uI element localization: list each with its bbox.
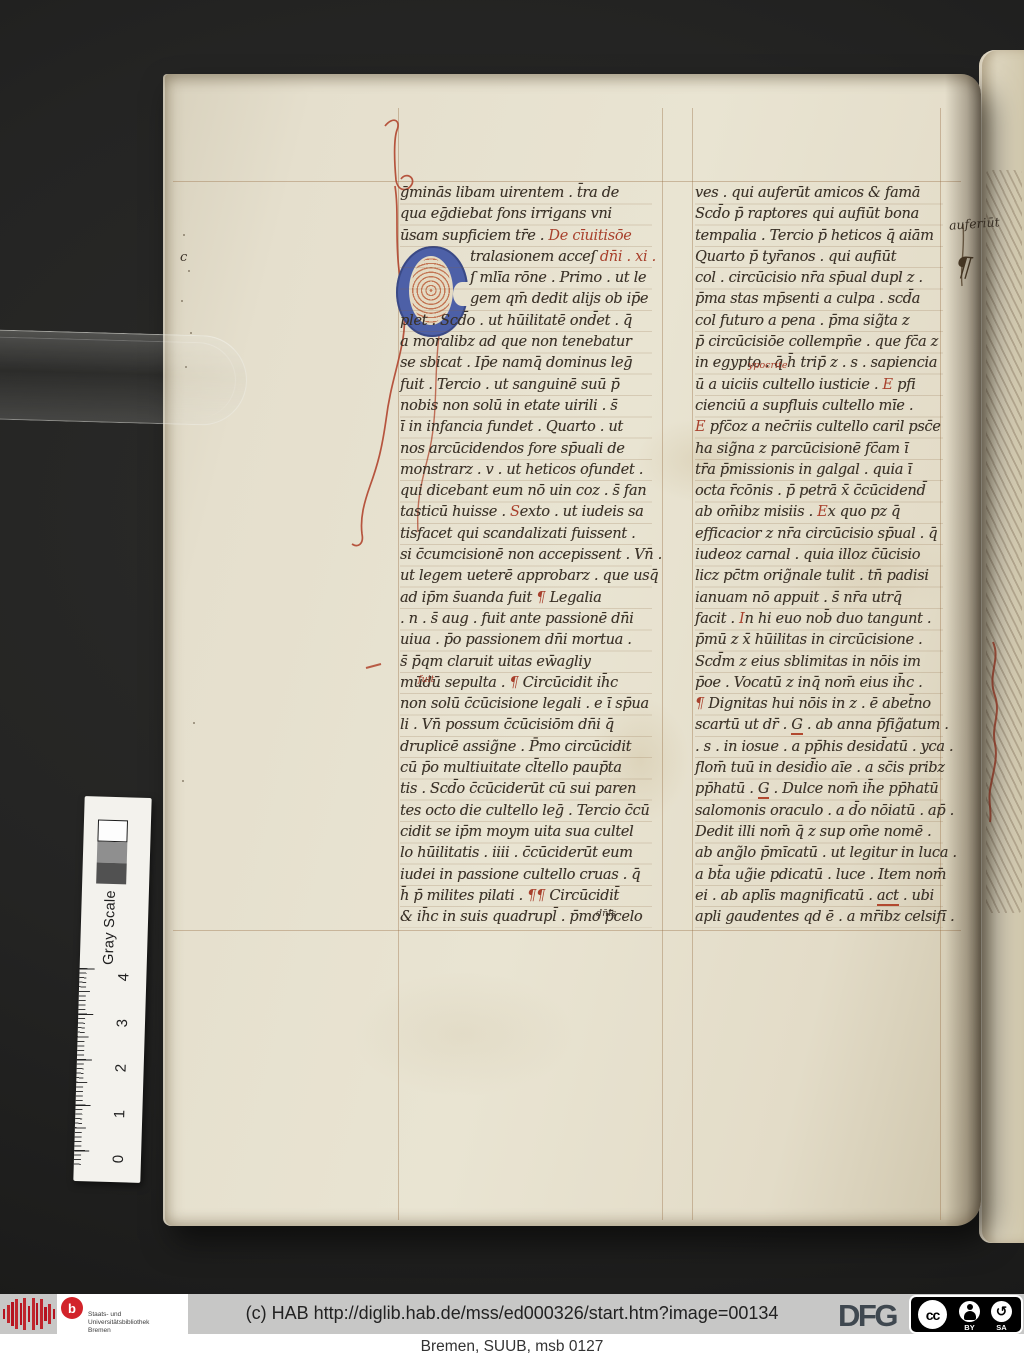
cc-by-icon [959, 1301, 980, 1322]
rubric-text: ¶¶ [527, 888, 549, 904]
ink-text: Quarto p̄ tyr̄anos . qui aufiūt [695, 249, 896, 265]
manuscript-line: in egypto . q̄ h̄ trip̄ z . s . sapienci… [695, 353, 943, 374]
digitized-manuscript-photo: ḡminās libam uirentem . t̄ra dequa eḡdie… [0, 0, 1024, 1358]
ruler-number: 3 [114, 1011, 130, 1027]
ink-text: qua eḡdiebat fons irrigans vni [400, 206, 612, 222]
manuscript-line: qua eḡdiebat fons irrigans vni [400, 204, 652, 225]
manuscript-line: tis . Scd̄o c̄cūciderūt cū sui paren [400, 779, 652, 800]
ink-text: col futuro a pena . p̄ma sig̃ta z [695, 313, 909, 329]
person-body-icon [964, 1311, 976, 1320]
ruling-line-gutter-1 [662, 108, 663, 1220]
ink-text: plet . Scd̄o . ut hūilitatē ond̄et . q̄ [400, 313, 632, 329]
manuscript-line: ha sig̃na z parcūcisionē fc̄am ī [695, 439, 943, 460]
manuscript-line: iudei in passione cultello cruas . q̄ [400, 865, 652, 886]
ink-text: tis . Scd̄o c̄cūciderūt cū sui paren [400, 781, 636, 797]
manuscript-line: scartū ut dr̄ . G . ab anna p̄fig̃atum . [695, 715, 943, 736]
left-margin-mark: c [180, 250, 187, 265]
manuscript-line: ianuam nō appuit . s̄ nr̄a utrq̄ [695, 588, 943, 609]
cc-sa-label: SA [991, 1323, 1012, 1332]
manuscript-line: ei . ab aplīs magnificatū . act . ubi [695, 886, 943, 907]
ink-text: tasticū huisse . [400, 504, 510, 520]
ink-text: ḡminās libam uirentem . t̄ra de [400, 185, 619, 201]
ink-text: efficacior z nr̄a circūcisio sp̄ual . q̄ [695, 526, 937, 542]
interlinear-note-fuit: fuit [418, 674, 435, 685]
barcode-bar [53, 1309, 55, 1319]
barcode-bar [44, 1307, 46, 1321]
manuscript-line: cū p̄o multiuitate cl̄tello paup̄ta [400, 758, 652, 779]
manuscript-line: . s . in iosue . a pp̄his desid̄atū . yc… [695, 737, 943, 758]
ink-text: . ab anna p̄fig̃atum . [803, 717, 949, 733]
ink-text: Legalia [549, 590, 601, 606]
manuscript-line: ¶ Dignitas hui nōis in z . ē abet̄no [695, 694, 943, 715]
rubric-text: E [817, 504, 827, 520]
ruler-number: 0 [110, 1147, 126, 1163]
manuscript-line: ḡminās libam uirentem . t̄ra de [400, 183, 652, 204]
person-head-icon [967, 1304, 973, 1310]
manuscript-line: tisfacet qui scandalizati fuissent . [400, 524, 652, 545]
binding-gutter-shadow [945, 74, 981, 1226]
ink-text: ad ip̄m s̄uanda fuit [400, 590, 536, 606]
ink-text: octa r̄cōnis . p̄ petrā x̄ c̄cūcidend̄ [695, 483, 925, 499]
grayscale-patch-dark [96, 862, 127, 884]
ink-text: li . Vn̄ possum c̄cūcisiōm dn̄i q̄ [400, 717, 614, 733]
ink-text: salomonis oraculo . a d̄o nōiatū . ap̄ . [695, 803, 954, 819]
dfg-logo: DFG [838, 1298, 896, 1333]
speck [182, 780, 184, 782]
ink-text: in egypto . q̄ h̄ trip̄ z . s . sapienci… [695, 355, 937, 371]
ink-text: a bt̄a ug̃ie pdicatū . luce . Item nom̄ [695, 867, 946, 883]
manuscript-line: ves . qui auferūt amicos & famā [695, 183, 943, 204]
ink-text: tempalia . Tercio p̄ heticos q̄ aiām [695, 228, 934, 244]
manuscript-line: ſ mlīa rōne . Primo . ut le [400, 268, 652, 289]
manuscript-line: a moralibz ad que non tenebatur [400, 332, 652, 353]
manuscript-line: a bt̄a ug̃ie pdicatū . luce . Item nom̄ [695, 865, 943, 886]
ink-text: p̄oe . Vocatū z inq̄ nom̄ eius ih̄c . [695, 675, 922, 691]
cc-license-badge: cc ↺ BY SA [909, 1295, 1023, 1334]
interlinear-note-ypocrite: ypocrite [748, 360, 788, 371]
manuscript-line: tralasionem acceſ dn̄i . xi . [400, 247, 652, 268]
ink-text: . ubi [899, 888, 934, 904]
ink-text: tr̄a p̄missionis in galgal . quia ī [695, 462, 912, 478]
barcode-bar [20, 1303, 22, 1325]
rubric-text: S [510, 504, 520, 520]
ink-text: x quo pz q̄ [827, 504, 900, 520]
ink-text: lo hūilitatis . iiii . c̄cūciderūt eum [400, 845, 633, 861]
ruling-line-top [173, 181, 961, 182]
barcode-bar [11, 1302, 13, 1326]
ink-text: druplicē assig̃ne . P̄mo circūcidit [400, 739, 631, 755]
manuscript-line: octa r̄cōnis . p̄ petrā x̄ c̄cūcidend̄ [695, 481, 943, 502]
ink-text: n hi euo nob̄ duo tangunt . [744, 611, 931, 627]
speck [193, 722, 195, 724]
cc-icon: cc [918, 1300, 947, 1329]
manuscript-line: Quarto p̄ tyr̄anos . qui aufiūt [695, 247, 943, 268]
manuscript-line: si c̄cumcisionē non accepissent . Vn̄ . [400, 545, 652, 566]
page-holder-strip [0, 330, 248, 427]
ink-text: . n . s̄ aug . fuit ante passionē dn̄i [400, 611, 633, 627]
ink-text: Circūcidit̄ [549, 888, 619, 904]
ink-text: . s . in iosue . a pp̄his desid̄atū . yc… [695, 739, 953, 755]
ruling-line-bottom [173, 930, 961, 931]
ink-text: facit . [695, 611, 739, 627]
right-column: ves . qui auferūt amicos & famāScd̄o p̄ … [695, 183, 943, 928]
bremen-name-line: Staats- und [88, 1311, 149, 1319]
ink-text: p̄ circūcisiōe collempn̄e . que fc̄a z [695, 334, 938, 350]
ink-text: Circūcidit ih̄c [523, 675, 618, 691]
ink-text: gem qm̄ dedit alijs ob ip̄e [470, 291, 648, 307]
rubric-text: G [791, 717, 802, 735]
grayscale-patch-mid [97, 841, 128, 863]
speck [188, 270, 190, 272]
ink-text: ūsam supficiem tr̄e . [400, 228, 548, 244]
manuscript-line: cienciū a supfluis cultello mīe . [695, 396, 943, 417]
manuscript-line: druplicē assig̃ne . P̄mo circūcidit [400, 737, 652, 758]
bremen-library-name: Staats- und Universitätsbibliothek Breme… [88, 1311, 149, 1335]
ink-text: licz pc̄tm orig̃nale tulit . tn̄ padisi [695, 568, 929, 584]
ink-text: col . circūcisio nr̄a sp̄ual dupl z . [695, 270, 923, 286]
ink-text: flom̄ tuū in desid̄io aīe . a sc̄is prib… [695, 760, 945, 776]
manuscript-line: monstrarz . v . ut heticos ofundet . [400, 460, 652, 481]
manuscript-line: tes octo die cultello leḡ . Tercio c̄cū [400, 801, 652, 822]
bremen-name-line: Bremen [88, 1327, 149, 1335]
manuscript-line: pp̄hatū . G . Dulce nom̄ ih̄e pp̄hatū [695, 779, 943, 800]
ink-text: . Dulce nom̄ ih̄e pp̄hatū [769, 781, 938, 797]
ruler-number: 1 [111, 1102, 127, 1118]
bremen-name-line: Universitätsbibliothek [88, 1319, 149, 1327]
ink-text: p̄mū z x̄ hūilitas in circūcisione . [695, 632, 922, 648]
ink-text: tralasionem acceſ [470, 249, 600, 265]
manuscript-line: licz pc̄tm orig̃nale tulit . tn̄ padisi [695, 566, 943, 587]
manuscript-line: facit . In hi euo nob̄ duo tangunt . [695, 609, 943, 630]
barcode-bar [15, 1299, 18, 1329]
ink-text: ab ang̃lo p̄mīcatū . ut legitur in luca … [695, 845, 957, 861]
ink-text: pfi [893, 377, 916, 393]
manuscript-line: flom̄ tuū in desid̄io aīe . a sc̄is prib… [695, 758, 943, 779]
manuscript-line: ab om̄ibz misiis . Ex quo pz q̄ [695, 502, 943, 523]
ink-text: uiua . p̄o passionem dn̄i mortua . [400, 632, 632, 648]
ink-text: fuit . Tercio . ut sanguinē suū p̄ [400, 377, 619, 393]
ink-text: ab om̄ibz misiis . [695, 504, 817, 520]
manuscript-line: plet . Scd̄o . ut hūilitatē ond̄et . q̄ [400, 311, 652, 332]
ink-text: nos arcūcidendos fore sp̄uali de [400, 441, 625, 457]
barcode-bar [23, 1298, 26, 1330]
manuscript-line: gem qm̄ dedit alijs ob ip̄e [400, 289, 652, 310]
ink-text: pp̄hatū . [695, 781, 758, 797]
next-page-text-lines [986, 170, 1022, 913]
barcode-bar [36, 1303, 38, 1325]
bremen-library-logo: b Staats- und Universitätsbibliothek Bre… [57, 1294, 188, 1340]
ink-text: cū p̄o multiuitate cl̄tello paup̄ta [400, 760, 622, 776]
barcode-bar [28, 1306, 30, 1322]
ink-text: tisfacet qui scandalizati fuissent . [400, 526, 635, 542]
cc-sa-icon: ↺ [991, 1301, 1012, 1322]
manuscript-line: p̄oe . Vocatū z inq̄ nom̄ eius ih̄c . [695, 673, 943, 694]
ruler-number: 2 [113, 1056, 129, 1072]
manuscript-line: lo hūilitatis . iiii . c̄cūciderūt eum [400, 843, 652, 864]
manuscript-line: apli gaudentes qd ē . a mr̄ibz celsifī . [695, 907, 943, 928]
left-column: ḡminās libam uirentem . t̄ra dequa eḡdie… [400, 183, 652, 928]
manuscript-line: li . Vn̄ possum c̄cūcisiōm dn̄i q̄ [400, 715, 652, 736]
ink-text: ha sig̃na z parcūcisionē fc̄am ī [695, 441, 908, 457]
speck [181, 300, 183, 302]
ink-text: scartū ut dr̄ . [695, 717, 791, 733]
ink-text: cidit se ip̄m moym uita sua cultel [400, 824, 633, 840]
ink-text: ianuam nō appuit . s̄ nr̄a utrq̄ [695, 590, 902, 606]
ink-text: Scd̄m z eius sblimitas in nōis im [695, 654, 921, 670]
manuscript-line: ū a uiciis cultello iusticie . E pfi [695, 375, 943, 396]
ink-text: ſ mlīa rōne . Primo . ut le [470, 270, 646, 286]
cc-by-label: BY [959, 1323, 980, 1332]
barcode-bar [32, 1298, 35, 1330]
manuscript-line: ī in infancia fundet . Quarto . ut [400, 417, 652, 438]
barcode-bar [48, 1304, 51, 1324]
manuscript-line: tasticū huisse . Sexto . ut iudeis sa [400, 502, 652, 523]
ink-text: Dignitas hui nōis in z . ē abet̄no [708, 696, 930, 712]
ink-text: non solū c̄cūcisione legali . e ī sp̄ua [400, 696, 649, 712]
ink-text: qui dicebant eum nō uin coz . s̄ fan [400, 483, 646, 499]
ink-text: ei . ab aplīs magnificatū . [695, 888, 877, 904]
barcode-bar [3, 1309, 5, 1319]
ink-text: Scd̄o p̄ raptores qui aufiūt bona [695, 206, 919, 222]
ink-text: ut legem ueterē approbarz . que usq̄ [400, 568, 658, 584]
ink-text: ū a uiciis cultello iusticie . [695, 377, 883, 393]
ruler-number: 4 [115, 965, 131, 981]
manuscript-line: h̄ p̄ milites pilati . ¶¶ Circūcidit̄ [400, 886, 652, 907]
ink-text: monstrarz . v . ut heticos ofundet . [400, 462, 643, 478]
manuscript-page: ḡminās libam uirentem . t̄ra dequa eḡdie… [163, 74, 981, 1226]
manuscript-line: Scd̄o p̄ raptores qui aufiūt bona [695, 204, 943, 225]
manuscript-line: iudeoz carnal . quia illoz c̄ūcisio [695, 545, 943, 566]
speck [190, 332, 192, 334]
ink-text: se sbicat . Ip̄e namq̄ dominus leḡ [400, 355, 632, 371]
ink-text: ī in infancia fundet . Quarto . ut [400, 419, 623, 435]
manuscript-line: uiua . p̄o passionem dn̄i mortua . [400, 630, 652, 651]
manuscript-line: se sbicat . Ip̄e namq̄ dominus leḡ [400, 353, 652, 374]
ink-text: si c̄cumcisionē non accepissent . Vn̄ . [400, 547, 662, 563]
ink-text: iudeoz carnal . quia illoz c̄ūcisio [695, 547, 920, 563]
manuscript-line: col futuro a pena . p̄ma sig̃ta z [695, 311, 943, 332]
grayscale-patch-white [97, 819, 128, 842]
rubric-text: De cīuitisōe [548, 228, 631, 244]
manuscript-line: ad ip̄m s̄uanda fuit ¶ Legalia [400, 588, 652, 609]
ink-text: apli gaudentes qd ē . a mr̄ibz celsifī . [695, 909, 954, 925]
manuscript-line: fuit . Tercio . ut sanguinē suū p̄ [400, 375, 652, 396]
manuscript-line: tr̄a p̄missionis in galgal . quia ī [695, 460, 943, 481]
manuscript-line: s̄ p̄qm claruit uitas ew̄agliy [400, 652, 652, 673]
barcode-bar [7, 1305, 10, 1323]
shelfmark-text: Bremen, SUUB, msb 0127 [421, 1338, 604, 1356]
manuscript-line: p̄ circūcisiōe collempn̄e . que fc̄a z [695, 332, 943, 353]
ink-text: a moralibz ad que non tenebatur [400, 334, 632, 350]
manuscript-line: salomonis oraculo . a d̄o nōiatū . ap̄ . [695, 801, 943, 822]
manuscript-line: Dedit illi nom̄ q̄ z sup om̄e nomē . [695, 822, 943, 843]
ink-text: h̄ p̄ milites pilati . [400, 888, 527, 904]
copyright-url-text: (c) HAB http://diglib.hab.de/mss/ed00032… [246, 1303, 779, 1324]
ink-text: exto . ut iudeis sa [520, 504, 644, 520]
manuscript-line: ab ang̃lo p̄mīcatū . ut legitur in luca … [695, 843, 943, 864]
ruling-line-gutter-2 [692, 108, 693, 1220]
grayscale-card: Gray Scale 43210 [73, 796, 151, 1183]
speck [183, 234, 185, 236]
manuscript-line: ut legem ueterē approbarz . que usq̄ [400, 566, 652, 587]
ink-text: p̄ma stas mp̄senti a culpa . scd̄a [695, 291, 920, 307]
ink-text: iudei in passione cultello cruas . q̄ [400, 867, 640, 883]
ink-text: cienciū a supfluis cultello mīe . [695, 398, 913, 414]
manuscript-line: qui dicebant eum nō uin coz . s̄ fan [400, 481, 652, 502]
manuscript-line: tempalia . Tercio p̄ heticos q̄ aiām [695, 226, 943, 247]
rubric-text: ¶ [509, 675, 522, 691]
manuscript-line: Scd̄m z eius sblimitas in nōis im [695, 652, 943, 673]
ink-text: Dedit illi nom̄ q̄ z sup om̄e nomē . [695, 824, 931, 840]
barcode-bar [40, 1299, 43, 1329]
rubric-text: dn̄i . xi . [600, 249, 656, 265]
rubric-text: G [758, 781, 769, 799]
manuscript-line: mūdū sepulta . ¶ Circūcidit ih̄c [400, 673, 652, 694]
barcode-logo [3, 1297, 55, 1331]
ink-text: pfc̄oz a nec̄riis cultello caril psc̄e [705, 419, 940, 435]
rubric-text: act [877, 888, 899, 906]
manuscript-line: efficacior z nr̄a circūcisio sp̄ual . q̄ [695, 524, 943, 545]
ink-text: nobis non solū in etate uirili . s̄ [400, 398, 617, 414]
ink-text: s̄ p̄qm claruit uitas ew̄agliy [400, 654, 591, 670]
manuscript-line: cidit se ip̄m moym uita sua cultel [400, 822, 652, 843]
rubric-text: ¶ [695, 696, 708, 712]
manuscript-line: p̄mū z x̄ hūilitas in circūcisione . [695, 630, 943, 651]
manuscript-line: col . circūcisio nr̄a sp̄ual dupl z . [695, 268, 943, 289]
manuscript-line: nobis non solū in etate uirili . s̄ [400, 396, 652, 417]
ink-text: tes octo die cultello leḡ . Tercio c̄cū [400, 803, 649, 819]
manuscript-line: ūsam supficiem tr̄e . De cīuitisōe [400, 226, 652, 247]
rubric-text: E [695, 419, 705, 435]
ink-text: ves . qui auferūt amicos & famā [695, 185, 920, 201]
interlinear-note-dnis: dn̄is [596, 908, 616, 919]
manuscript-line: nos arcūcidendos fore sp̄uali de [400, 439, 652, 460]
rubric-text: E [883, 377, 893, 393]
manuscript-line: p̄ma stas mp̄senti a culpa . scd̄a [695, 289, 943, 310]
manuscript-line: non solū c̄cūcisione legali . e ī sp̄ua [400, 694, 652, 715]
bremen-logo-circle: b [61, 1297, 83, 1319]
manuscript-line: . n . s̄ aug . fuit ante passionē dn̄i [400, 609, 652, 630]
ink-text: mūdū sepulta . [400, 675, 509, 691]
manuscript-line: E pfc̄oz a nec̄riis cultello caril psc̄e [695, 417, 943, 438]
grayscale-card-title: Gray Scale [101, 889, 119, 965]
rubric-text: ¶ [536, 590, 549, 606]
